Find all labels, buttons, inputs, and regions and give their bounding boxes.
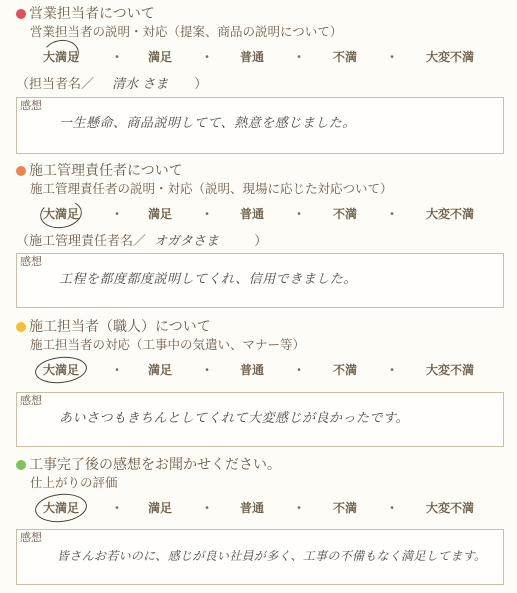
rating-separator: ・ [201,499,213,517]
comment-text: 皆さんお若いのに、感じが良い社員が多く、工事の不備もなく満足してます。 [57,548,486,564]
rating-separator: ・ [111,499,123,517]
green-bullet-icon [16,460,26,470]
rating-option-very-dissatisfied[interactable]: 大変不満 [426,499,474,517]
heading-text: 工事完了後の感想をお聞かせください。 [29,457,281,473]
rating-separator: ・ [386,499,398,517]
rating-option-very-satisfied[interactable]: 大満足 [43,499,79,517]
comment-box: 感想 皆さんお若いのに、感じが良い社員が多く、工事の不備もなく満足してます。 [16,529,504,585]
section-completion: 工事完了後の感想をお聞かせください。 仕上がりの評価 大満足 ・ 満足 ・ 普通… [0,0,517,593]
section-subheading: 仕上がりの評価 [30,476,118,490]
comment-label: 感想 [20,531,42,544]
section-heading: 工事完了後の感想をお聞かせください。 [16,457,281,473]
rating-scale: 大満足 ・ 満足 ・ 普通 ・ 不満 ・ 大変不満 [0,499,517,517]
rating-option-satisfied[interactable]: 満足 [148,499,172,517]
rating-option-neutral[interactable]: 普通 [240,499,264,517]
rating-separator: ・ [293,499,305,517]
rating-option-dissatisfied[interactable]: 不満 [333,499,357,517]
